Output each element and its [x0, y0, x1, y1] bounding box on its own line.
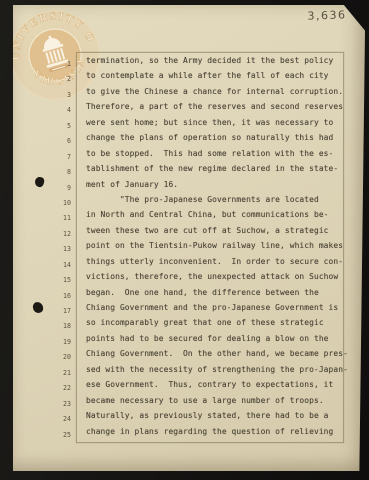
- text-line-row: 20 Chiang Government. On the other hand,…: [49, 349, 349, 364]
- line-number: 16: [49, 292, 86, 300]
- line-number: 22: [49, 384, 86, 392]
- line-number: 6: [49, 137, 86, 145]
- text-line-row: 15 victions, therefore, the unexpected a…: [49, 272, 349, 287]
- line-number: 1: [49, 60, 86, 68]
- line-text: ment of January 16.: [86, 180, 178, 189]
- punch-hole-bottom: [32, 301, 44, 314]
- text-line-row: 4 Therefore, a part of the reserves and …: [49, 102, 349, 117]
- text-line-row: 10 "The pro-Japanese Governments are loc…: [49, 195, 349, 210]
- line-text: things utterly inconvenient. In order to…: [86, 257, 343, 266]
- text-line-row: 11 in North and Central China, but commu…: [49, 210, 349, 225]
- text-line-row: 16 began. One one hand, the difference b…: [49, 288, 349, 303]
- line-text: "The pro-Japanese Governments are locate…: [86, 195, 319, 204]
- text-line-row: 18 so incomparably great that one of the…: [49, 318, 349, 333]
- text-line-row: 12 tween these two are cut off at Suchow…: [49, 226, 349, 241]
- line-number: 7: [49, 153, 86, 161]
- typewritten-text-block: 1 termination, so the Army decided it th…: [49, 56, 349, 442]
- line-number: 12: [49, 230, 86, 238]
- text-line-row: 3 to give the Chinese a chance for inter…: [49, 87, 349, 102]
- line-text: change in plans regarding the question o…: [86, 427, 333, 436]
- text-line-row: 21 sed with the necessity of strengtheni…: [49, 365, 349, 380]
- line-number: 18: [49, 322, 86, 330]
- text-line-row: 1 termination, so the Army decided it th…: [49, 56, 349, 71]
- line-text: to contemplate a while after the fall of…: [86, 71, 329, 80]
- line-number: 4: [49, 106, 86, 114]
- line-text: began. One one hand, the difference betw…: [86, 288, 319, 297]
- line-number: 2: [49, 75, 86, 83]
- text-line-row: 19 points had to be secured for dealing …: [49, 334, 349, 349]
- line-number: 24: [49, 415, 86, 423]
- scanned-document-screenshot: { "page_label": "3,636", "stamp": { "arc…: [0, 0, 369, 480]
- text-line-row: 17 Chiang Government and the pro-Japanes…: [49, 303, 349, 318]
- line-text: in North and Central China, but communic…: [86, 210, 329, 219]
- line-number: 9: [49, 184, 86, 192]
- line-text: tablishment of the new regime declared i…: [86, 164, 338, 173]
- text-line-row: 7 to be stopped. This had some relation …: [49, 149, 349, 164]
- line-text: Naturally, as previously stated, there h…: [86, 411, 329, 420]
- text-line-row: 23 became necessary to use a large numbe…: [49, 396, 349, 411]
- punch-hole-top: [34, 176, 45, 188]
- text-line-row: 2 to contemplate a while after the fall …: [49, 71, 349, 86]
- text-line-row: 9 ment of January 16.: [49, 180, 349, 195]
- line-text: termination, so the Army decided it the …: [86, 56, 333, 65]
- line-number: 21: [49, 369, 86, 377]
- line-text: became necessary to use a large number o…: [86, 396, 324, 405]
- text-line-row: 24 Naturally, as previously stated, ther…: [49, 411, 349, 426]
- line-number: 25: [49, 431, 86, 439]
- line-number: 13: [49, 245, 86, 253]
- line-number: 14: [49, 261, 86, 269]
- line-number: 15: [49, 276, 86, 284]
- line-number: 17: [49, 307, 86, 315]
- line-text: to give the Chinese a chance for interna…: [86, 87, 343, 96]
- line-number: 10: [49, 199, 86, 207]
- text-line-row: 22 ese Government. Thus, contrary to exp…: [49, 380, 349, 395]
- document-page: UNIVERSITY OF VIRGINIA 3,636 1 terminati…: [13, 5, 365, 471]
- line-text: point on the Tientsin-Pukow railway line…: [86, 241, 343, 250]
- line-number: 20: [49, 353, 86, 361]
- handwritten-page-number: 3,636: [297, 8, 357, 23]
- text-line-row: 5 were sent home; but since then, it was…: [49, 118, 349, 133]
- line-text: ese Government. Thus, contrary to expect…: [86, 380, 333, 389]
- text-line-row: 8 tablishment of the new regime declared…: [49, 164, 349, 179]
- text-line-row: 25 change in plans regarding the questio…: [49, 427, 349, 442]
- line-text: tween these two are cut off at Suchow, a…: [86, 226, 329, 235]
- line-text: so incomparably great that one of these …: [86, 318, 324, 327]
- text-line-row: 13 point on the Tientsin-Pukow railway l…: [49, 241, 349, 256]
- line-text: Chiang Government. On the other hand, we…: [86, 349, 348, 358]
- line-number: 5: [49, 122, 86, 130]
- line-number: 3: [49, 91, 86, 99]
- line-number: 11: [49, 214, 86, 222]
- line-text: sed with the necessity of strengthening …: [86, 365, 348, 374]
- line-number: 8: [49, 168, 86, 176]
- line-text: to be stopped. This had some relation wi…: [86, 149, 333, 158]
- line-number: 19: [49, 338, 86, 346]
- line-number: 23: [49, 400, 86, 408]
- line-text: points had to be secured for dealing a b…: [86, 334, 329, 343]
- line-text: Therefore, a part of the reserves and se…: [86, 102, 343, 111]
- text-line-row: 6 change the plans of operation so natur…: [49, 133, 349, 148]
- line-text: change the plans of operation so natural…: [86, 133, 333, 142]
- text-line-row: 14 things utterly inconvenient. In order…: [49, 257, 349, 272]
- line-text: were sent home; but since then, it was n…: [86, 118, 333, 127]
- line-text: victions, therefore, the unexpected atta…: [86, 272, 338, 281]
- line-text: Chiang Government and the pro-Japanese G…: [86, 303, 338, 312]
